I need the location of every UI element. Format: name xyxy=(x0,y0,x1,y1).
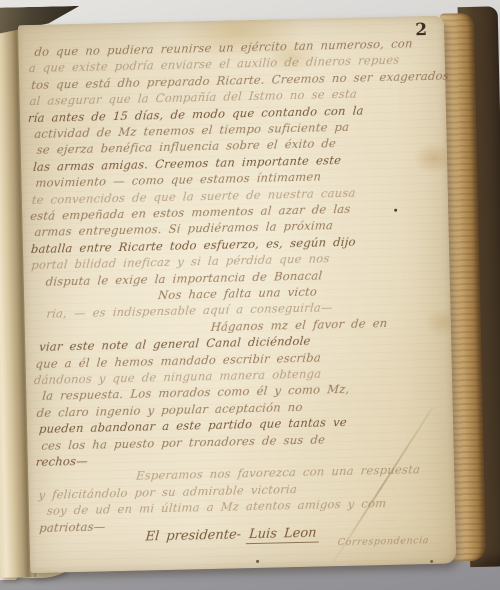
manuscript-page: 2 El presidente-Luis Leon Correspondenci… xyxy=(18,16,456,574)
manuscript-line: Háganos mz el favor de en xyxy=(210,316,388,334)
manuscript-book: 2 El presidente-Luis Leon Correspondenci… xyxy=(0,6,500,578)
signature-name: Luis Leon xyxy=(245,525,320,544)
ink-specks xyxy=(394,209,397,212)
manuscript-line: rechos— xyxy=(35,454,88,469)
manuscript-line: patriotas— xyxy=(39,519,106,535)
signature-note: Correspondencia xyxy=(337,535,430,548)
photo-background: 2 El presidente-Luis Leon Correspondenci… xyxy=(0,0,500,590)
manuscript-line: Esperamos nos favorezca con una respuest… xyxy=(136,462,421,482)
handwritten-text-area: El presidente-Luis Leon Correspondencia … xyxy=(26,36,452,557)
manuscript-line: ces los ha puesto por tronadores de sus … xyxy=(41,432,326,452)
signature-row: El presidente-Luis Leon xyxy=(145,525,320,544)
manuscript-line: Nos hace falta una victo xyxy=(157,284,317,302)
signature-title: El presidente- xyxy=(145,527,242,544)
